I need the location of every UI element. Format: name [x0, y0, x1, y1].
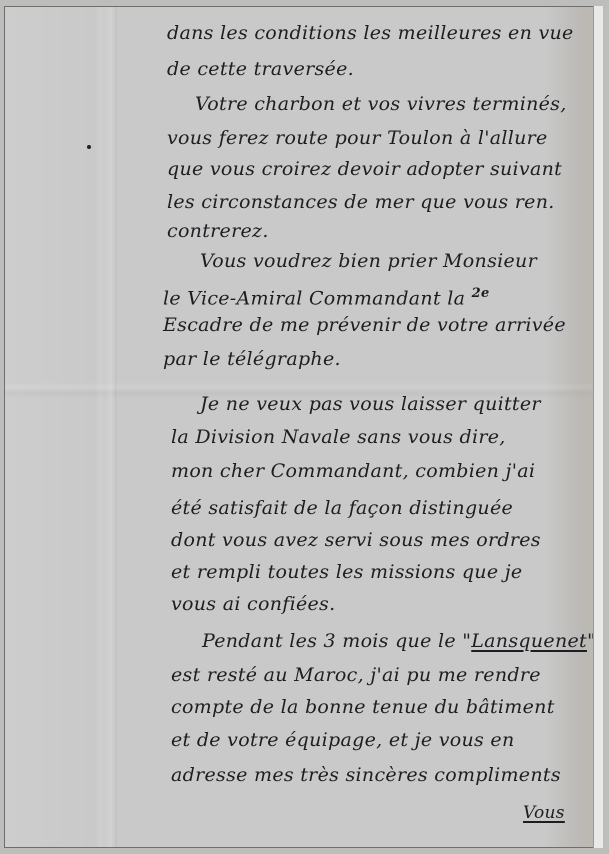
letter-line: de cette traversée.: [167, 57, 354, 83]
paper-edge: [593, 6, 603, 848]
letter-page: dans les conditions les meilleures en vu…: [4, 6, 594, 848]
letter-line: Je ne veux pas vous laisser quitter: [200, 392, 541, 418]
catchword: Vous: [523, 801, 565, 827]
letter-line: contrerez.: [167, 219, 269, 245]
image-frame: dans les conditions les meilleures en vu…: [0, 0, 609, 854]
letter-line: dans les conditions les meilleures en vu…: [167, 21, 574, 47]
letter-line: le Vice-Amiral Commandant la 2e: [163, 282, 490, 308]
letter-line: été satisfait de la façon distinguée: [171, 496, 513, 522]
letter-body: dans les conditions les meilleures en vu…: [5, 7, 593, 847]
letter-line: Votre charbon et vos vivres terminés,: [195, 92, 567, 118]
letter-line: vous ai confiées.: [171, 592, 335, 618]
letter-line: adresse mes très sincères compliments: [171, 763, 561, 789]
letter-line: par le télégraphe.: [163, 347, 341, 373]
letter-line: que vous croirez devoir adopter suivant: [167, 157, 562, 183]
letter-line: Pendant les 3 mois que le "Lansquenet": [202, 629, 596, 655]
letter-line: les circonstances de mer que vous ren.: [167, 190, 555, 216]
letter-line: est resté au Maroc, j'ai pu me rendre: [171, 663, 541, 689]
letter-line-text: le Vice-Amiral Commandant la: [163, 287, 465, 309]
letter-line-text: Pendant les 3 mois que le ": [202, 630, 471, 652]
letter-line: et rempli toutes les missions que je: [171, 560, 522, 586]
letter-line: vous ferez route pour Toulon à l'allure: [167, 126, 548, 152]
letter-line: dont vous avez servi sous mes ordres: [171, 528, 541, 554]
letter-line: Vous voudrez bien prier Monsieur: [200, 249, 537, 275]
letter-line: et de votre équipage, et je vous en: [171, 728, 515, 754]
letter-line: Escadre de me prévenir de votre arrivée: [163, 313, 566, 339]
letter-line: la Division Navale sans vous dire,: [171, 425, 506, 451]
ship-name: Lansquenet: [471, 630, 587, 652]
ordinal-superscript: 2e: [472, 286, 490, 301]
letter-line: mon cher Commandant, combien j'ai: [171, 459, 535, 485]
letter-line: compte de la bonne tenue du bâtiment: [171, 695, 555, 721]
